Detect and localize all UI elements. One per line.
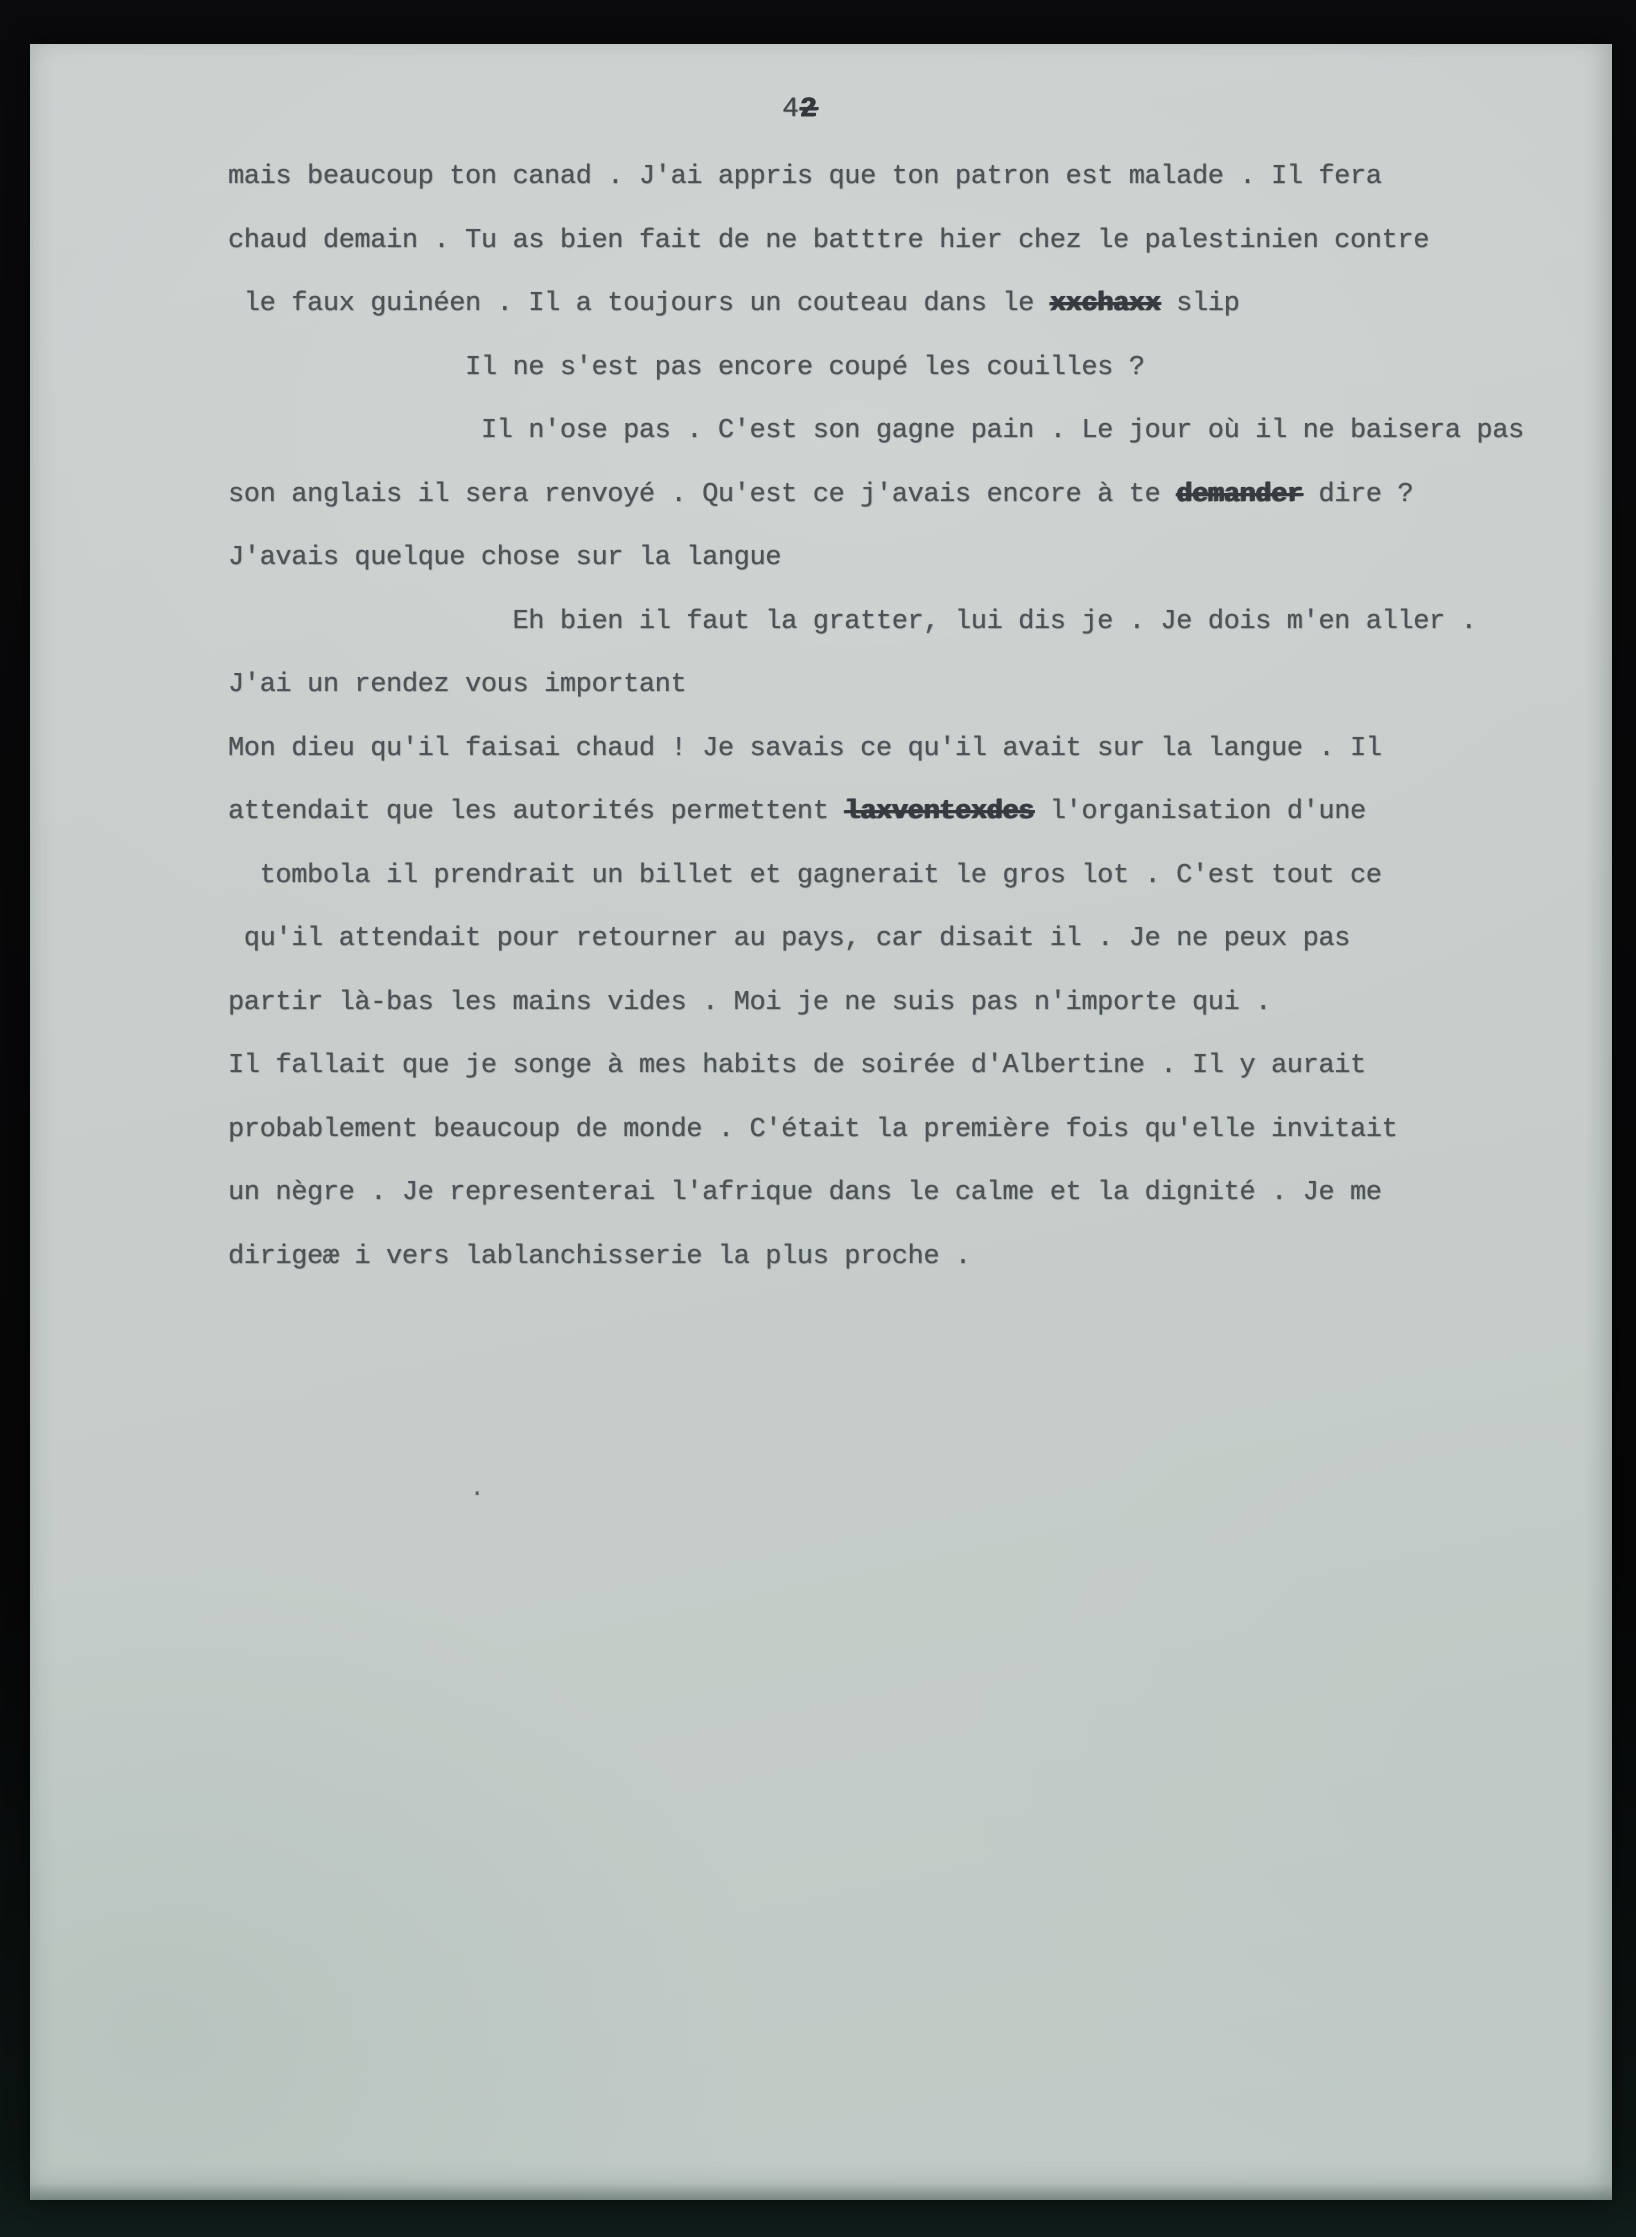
typed-text-segment: un nègre . Je representerai l'afrique da…	[228, 1178, 1382, 1208]
typed-text-segment: probablement beaucoup de monde . C'était…	[228, 1115, 1397, 1145]
typed-text-segment: Eh bien il faut la gratter, lui dis je .…	[228, 607, 1476, 637]
typed-text-block: mais beaucoup ton canad . J'ai appris qu…	[228, 146, 1528, 1289]
page-number-digit: 4	[782, 94, 800, 125]
typed-line: Mon dieu qu'il faisai chaud ! Je savais …	[228, 718, 1528, 782]
typed-text-segment: dire ?	[1303, 480, 1414, 510]
typed-line: le faux guinéen . Il a toujours un coute…	[228, 273, 1528, 337]
typed-text-segment: le faux guinéen . Il a toujours un coute…	[228, 289, 1050, 319]
photo-background: 42 mais beaucoup ton canad . J'ai appris…	[0, 0, 1636, 2237]
typed-text-segment: dirigeæ i vers lablanchisserie la plus p…	[228, 1242, 971, 1272]
typed-line: tombola il prendrait un billet et gagner…	[228, 845, 1528, 909]
typed-text-segment: partir là-bas les mains vides . Moi je n…	[228, 988, 1271, 1018]
typed-text-segment: Mon dieu qu'il faisai chaud ! Je savais …	[228, 734, 1382, 764]
struck-out-text: demander	[1176, 480, 1302, 510]
typed-text-segment: Il ne s'est pas encore coupé les couille…	[228, 353, 1145, 383]
document-page: 42 mais beaucoup ton canad . J'ai appris…	[30, 44, 1612, 2200]
typed-line: Eh bien il faut la gratter, lui dis je .…	[228, 591, 1528, 655]
stray-ink-mark: .	[470, 1476, 484, 1503]
struck-out-text: laxventexdes	[844, 797, 1034, 827]
typed-line: probablement beaucoup de monde . C'était…	[228, 1099, 1528, 1163]
typed-line: dirigeæ i vers lablanchisserie la plus p…	[228, 1226, 1528, 1290]
struck-out-text: xxchaxx	[1050, 289, 1161, 319]
typed-line: mais beaucoup ton canad . J'ai appris qu…	[228, 146, 1528, 210]
typed-line: attendait que les autorités permettent l…	[228, 781, 1528, 845]
typed-line: Il n'ose pas . C'est son gagne pain . Le…	[228, 400, 1528, 464]
typed-line: partir là-bas les mains vides . Moi je n…	[228, 972, 1528, 1036]
page-number: 42	[782, 94, 818, 125]
typed-text-segment: qu'il attendait pour retourner au pays, …	[228, 924, 1350, 954]
typed-text-segment: chaud demain . Tu as bien fait de ne bat…	[228, 226, 1429, 256]
typed-line: qu'il attendait pour retourner au pays, …	[228, 908, 1528, 972]
typed-line: J'ai un rendez vous important	[228, 654, 1528, 718]
typed-text-segment: l'organisation d'une	[1034, 797, 1366, 827]
typed-line: Il fallait que je songe à mes habits de …	[228, 1035, 1528, 1099]
typed-text-segment: attendait que les autorités permettent	[228, 797, 844, 827]
typed-line: son anglais il sera renvoyé . Qu'est ce …	[228, 464, 1528, 528]
typed-text-segment: tombola il prendrait un billet et gagner…	[228, 861, 1382, 891]
typed-text-segment: son anglais il sera renvoyé . Qu'est ce …	[228, 480, 1176, 510]
typed-text-segment: Il n'ose pas . C'est son gagne pain . Le…	[228, 416, 1524, 446]
typed-line: chaud demain . Tu as bien fait de ne bat…	[228, 210, 1528, 274]
typed-line: un nègre . Je representerai l'afrique da…	[228, 1162, 1528, 1226]
typed-text-segment: J'ai un rendez vous important	[228, 670, 686, 700]
typed-line: J'avais quelque chose sur la langue	[228, 527, 1528, 591]
typed-text-segment: mais beaucoup ton canad . J'ai appris qu…	[228, 162, 1382, 192]
typed-line: Il ne s'est pas encore coupé les couille…	[228, 337, 1528, 401]
typed-text-segment: J'avais quelque chose sur la langue	[228, 543, 781, 573]
typed-text-segment: Il fallait que je songe à mes habits de …	[228, 1051, 1366, 1081]
page-number-overstruck-digit: 2	[800, 94, 818, 125]
typed-text-segment: slip	[1160, 289, 1239, 319]
